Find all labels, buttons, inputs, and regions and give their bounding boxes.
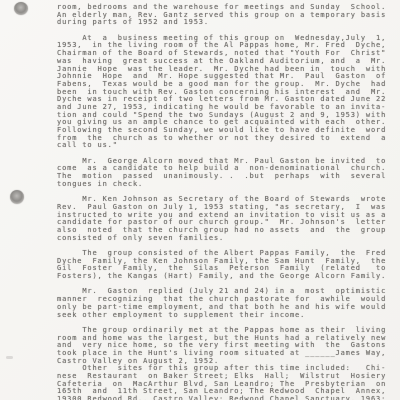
paragraph: room, bedrooms and the warehouse for mee…: [57, 4, 392, 27]
paragraph: Mr. Gaston replied (July 21 and 24) in a…: [57, 288, 392, 319]
hole-punch-top: [14, 2, 28, 15]
text-line: 19300 Redwood Rd., Castro Valley; Redwoo…: [57, 396, 392, 400]
paragraph: Mr. George Alcorn moved that Mr. Paul Ga…: [57, 158, 392, 189]
text-line: call to us.": [57, 142, 392, 150]
text-line: Fosters), the Kangas (Hart) Family, and …: [57, 273, 392, 281]
margin-smudge: [6, 356, 13, 359]
document-text: room, bedrooms and the warehouse for mee…: [57, 4, 392, 400]
hole-punch-middle: [10, 190, 24, 204]
paragraph: Other sites for this group after this ti…: [57, 365, 392, 400]
paragraph: At a business meeting of this group on W…: [57, 35, 392, 150]
text-line: during parts of 1952 and 1953.: [57, 19, 392, 27]
paragraph: The group consisted of the Albert Pappas…: [57, 250, 392, 281]
paragraph: The group ordinarily met at the Pappas h…: [57, 327, 392, 365]
text-line: tongues in check.: [57, 181, 392, 189]
scanned-page: room, bedrooms and the warehouse for mee…: [0, 0, 400, 400]
text-line: consisted of only seven families.: [57, 235, 392, 243]
text-line: seek other employment to supplement thei…: [57, 312, 392, 320]
paragraph: Mr. Ken Johnson as Secretary of the Boar…: [57, 196, 392, 242]
